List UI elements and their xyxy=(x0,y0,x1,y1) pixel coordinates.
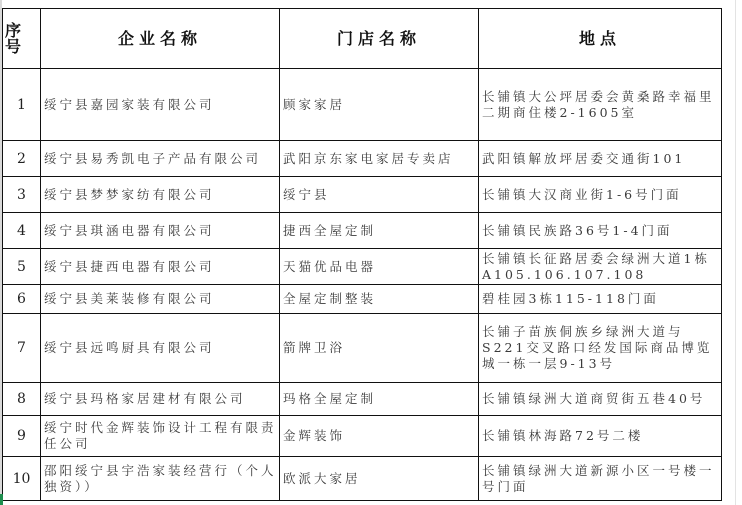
cell-store[interactable]: 玛格全屋定制 xyxy=(280,383,479,416)
table-row: 9 绥宁时代金辉装饰设计工程有限责任公司 金辉装饰 长铺镇林海路72号二楼 xyxy=(3,416,722,457)
cell-seq[interactable]: 4 xyxy=(3,213,41,249)
cell-seq[interactable]: 5 xyxy=(3,249,41,285)
cell-seq[interactable]: 7 xyxy=(3,314,41,383)
cell-store[interactable]: 捷西全屋定制 xyxy=(280,213,479,249)
cell-seq[interactable]: 10 xyxy=(3,457,41,501)
cell-company[interactable]: 邵阳绥宁县宇浩家装经营行（个人独资）） xyxy=(41,457,280,501)
cell-seq[interactable]: 6 xyxy=(3,285,41,314)
cell-company[interactable]: 绥宁县梦梦家纺有限公司 xyxy=(41,177,280,213)
header-location[interactable]: 地点 xyxy=(479,9,722,69)
cell-store[interactable]: 箭牌卫浴 xyxy=(280,314,479,383)
cell-company[interactable]: 绥宁县捷西电器有限公司 xyxy=(41,249,280,285)
cell-company[interactable]: 绥宁县嘉园家装有限公司 xyxy=(41,69,280,141)
cell-company[interactable]: 绥宁县易秀凯电子产品有限公司 xyxy=(41,141,280,177)
table-row: 4 绥宁县琪涵电器有限公司 捷西全屋定制 长铺镇民族路36号1-4门面 xyxy=(3,213,722,249)
cell-seq[interactable]: 8 xyxy=(3,383,41,416)
selection-indicator xyxy=(0,494,3,505)
cell-seq[interactable]: 1 xyxy=(3,69,41,141)
cell-location[interactable]: 长铺镇绿洲大道新源小区一号楼一号门面 xyxy=(479,457,722,501)
cell-location[interactable]: 长铺镇林海路72号二楼 xyxy=(479,416,722,457)
table-row: 6 绥宁县美莱装修有限公司 全屋定制整装 碧桂园3栋115-118门面 xyxy=(3,285,722,314)
table-row: 2 绥宁县易秀凯电子产品有限公司 武阳京东家电家居专卖店 武阳镇解放坪居委交通街… xyxy=(3,141,722,177)
cell-store[interactable]: 全屋定制整装 xyxy=(280,285,479,314)
cell-location[interactable]: 长铺镇民族路36号1-4门面 xyxy=(479,213,722,249)
cell-seq[interactable]: 3 xyxy=(3,177,41,213)
table-row: 7 绥宁县远鸣厨具有限公司 箭牌卫浴 长铺子苗族侗族乡绿洲大道与S221交叉路口… xyxy=(3,314,722,383)
cell-location[interactable]: 长铺镇绿洲大道商贸街五巷40号 xyxy=(479,383,722,416)
cell-seq[interactable]: 9 xyxy=(3,416,41,457)
cell-store[interactable]: 欧派大家居 xyxy=(280,457,479,501)
cell-location[interactable]: 武阳镇解放坪居委交通街101 xyxy=(479,141,722,177)
cell-company[interactable]: 绥宁时代金辉装饰设计工程有限责任公司 xyxy=(41,416,280,457)
cell-company[interactable]: 绥宁县远鸣厨具有限公司 xyxy=(41,314,280,383)
cell-store[interactable]: 天猫优品电器 xyxy=(280,249,479,285)
cell-store[interactable]: 顾家家居 xyxy=(280,69,479,141)
cell-location[interactable]: 长铺镇大公坪居委会黄桑路幸福里二期商住楼2-1605室 xyxy=(479,69,722,141)
cell-store[interactable]: 金辉装饰 xyxy=(280,416,479,457)
cell-company[interactable]: 绥宁县美莱装修有限公司 xyxy=(41,285,280,314)
table-row: 1 绥宁县嘉园家装有限公司 顾家家居 长铺镇大公坪居委会黄桑路幸福里二期商住楼2… xyxy=(3,69,722,141)
header-company[interactable]: 企业名称 xyxy=(41,9,280,69)
header-seq[interactable]: 序号 xyxy=(3,9,41,69)
gridline xyxy=(735,0,736,505)
table-row: 10 邵阳绥宁县宇浩家装经营行（个人独资）） 欧派大家居 长铺镇绿洲大道新源小区… xyxy=(3,457,722,501)
cell-seq[interactable]: 2 xyxy=(3,141,41,177)
table-row: 8 绥宁县玛格家居建材有限公司 玛格全屋定制 长铺镇绿洲大道商贸街五巷40号 xyxy=(3,383,722,416)
cell-location[interactable]: 长铺子苗族侗族乡绿洲大道与S221交叉路口经发国际商品博览城一栋一层9-13号 xyxy=(479,314,722,383)
cell-store[interactable]: 绥宁县 xyxy=(280,177,479,213)
store-list-table: 序号 企业名称 门店名称 地点 1 绥宁县嘉园家装有限公司 顾家家居 长铺镇大公… xyxy=(2,8,722,501)
cell-company[interactable]: 绥宁县琪涵电器有限公司 xyxy=(41,213,280,249)
cell-store[interactable]: 武阳京东家电家居专卖店 xyxy=(280,141,479,177)
table-row: 5 绥宁县捷西电器有限公司 天猫优品电器 长铺镇长征路居委会绿洲大道1栋A105… xyxy=(3,249,722,285)
cell-location[interactable]: 长铺镇大汉商业街1-6号门面 xyxy=(479,177,722,213)
cell-company[interactable]: 绥宁县玛格家居建材有限公司 xyxy=(41,383,280,416)
cell-location[interactable]: 长铺镇长征路居委会绿洲大道1栋A105.106.107.108 xyxy=(479,249,722,285)
header-store[interactable]: 门店名称 xyxy=(280,9,479,69)
cell-location[interactable]: 碧桂园3栋115-118门面 xyxy=(479,285,722,314)
header-row: 序号 企业名称 门店名称 地点 xyxy=(3,9,722,69)
table-row: 3 绥宁县梦梦家纺有限公司 绥宁县 长铺镇大汉商业街1-6号门面 xyxy=(3,177,722,213)
